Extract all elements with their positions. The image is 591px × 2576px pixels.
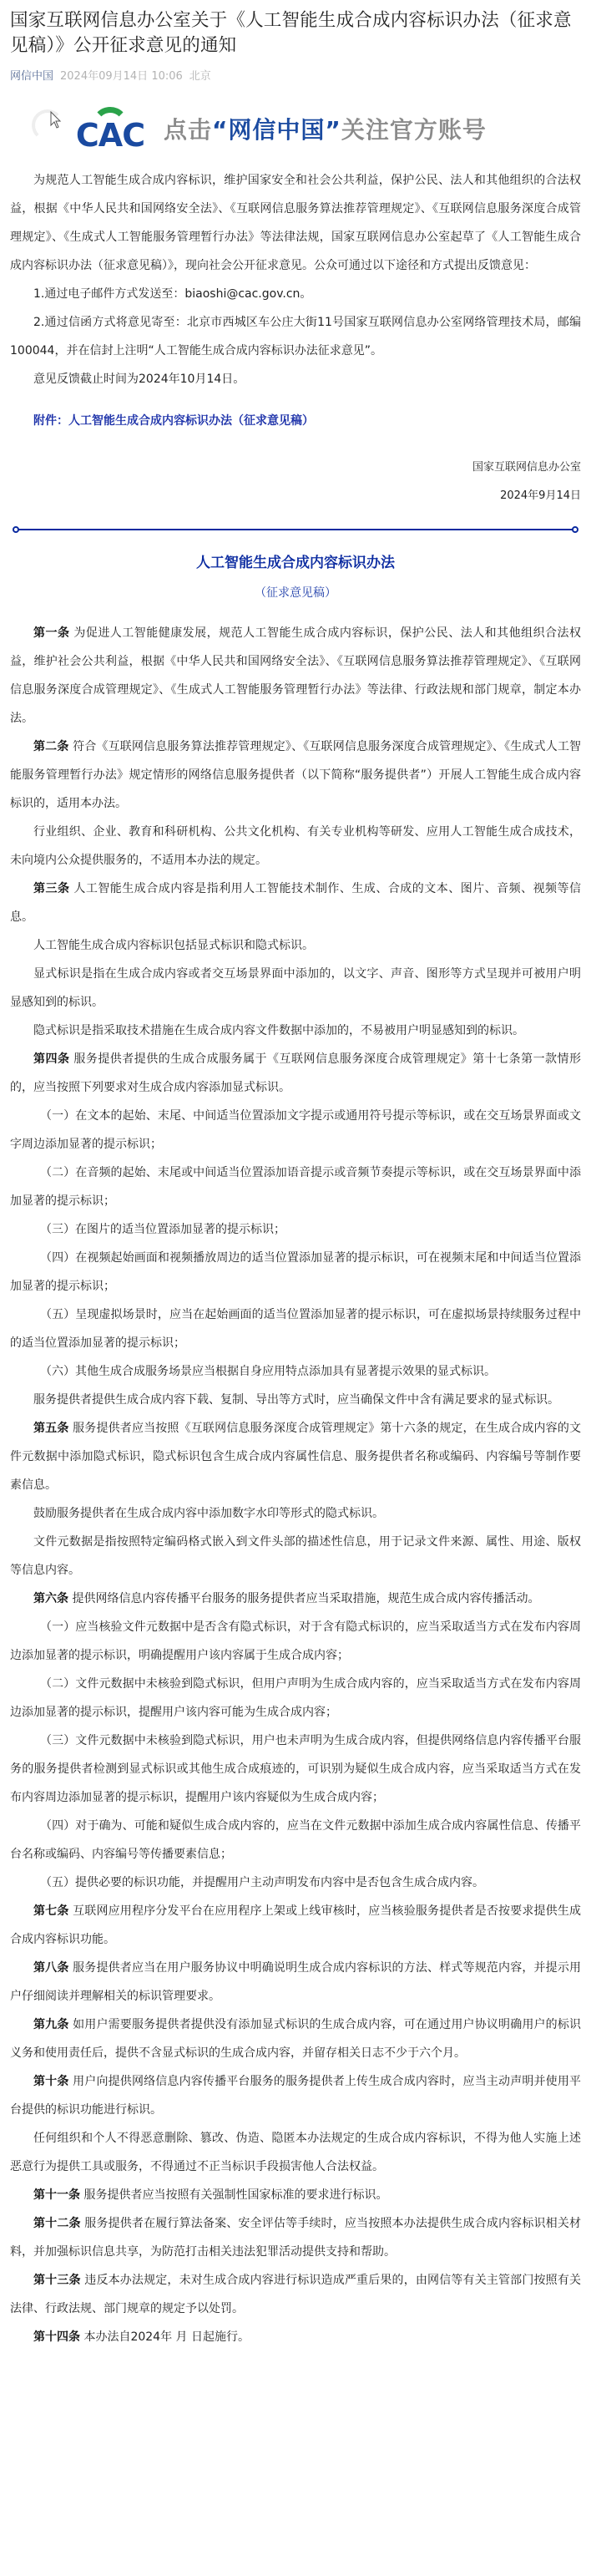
law-article-item: （二）文件元数据中未核验到隐式标识，但用户声明为生成合成内容的，应当采取适当方式… (10, 1670, 581, 1727)
law-article-item: （六）其他生成合成服务场景应当根据自身应用特点添加具有显著提示效果的显式标识。 (10, 1357, 581, 1386)
law-article-paragraph: 隐式标识是指采取技术措施在生成合成内容文件数据中添加的，不易被用户明显感知到的标… (10, 1017, 581, 1045)
mouse-cursor-icon (50, 111, 62, 129)
article-number: 第十三条 (33, 2274, 81, 2287)
article-text: （四）在视频起始画面和视频播放周边的适当位置添加显著的提示标识，可在视频末尾和中… (10, 1251, 581, 1293)
article-number: 第十一条 (33, 2188, 80, 2202)
law-article: 第三条 人工智能生成合成内容是指利用人工智能技术制作、生成、合成的文本、图片、音… (10, 875, 581, 931)
article-title: 国家互联网信息办公室关于《人工智能生成合成内容标识办法（征求意见稿）》公开征求意… (10, 8, 581, 58)
article-number: 第九条 (33, 2018, 69, 2031)
law-article-item: （二）在音频的起始、末尾或中间适当位置添加语音提示或音频节奏提示等标识，或在交互… (10, 1159, 581, 1215)
law-article-paragraph: 文件元数据是指按照特定编码格式嵌入到文件头部的描述性信息，用于记录文件来源、属性… (10, 1528, 581, 1585)
article-text: （二）在音频的起始、末尾或中间适当位置添加语音提示或音频节奏提示等标识，或在交互… (10, 1166, 581, 1208)
follow-account-name: “网信中国” (212, 116, 341, 144)
account-name-link[interactable]: 网信中国 (10, 69, 53, 84)
article-number: 第六条 (33, 1592, 68, 1605)
article-number: 第一条 (33, 626, 69, 640)
article-text: 服务提供者应当按照《互联网信息服务深度合成管理规定》第十六条的规定，在生成合成内… (10, 1422, 581, 1492)
article-text: 人工智能生成合成内容标识包括显式标识和隐式标识。 (33, 939, 314, 952)
article-text: （三）在图片的适当位置添加显著的提示标识； (40, 1223, 285, 1236)
law-article-item: （四）对于确为、可能和疑似生成合成内容的，应当在文件元数据中添加生成合成内容属性… (10, 1812, 581, 1869)
law-article-item: （五）呈现虚拟场景时，应当在起始画面的适当位置添加显著的提示标识，可在虚拟场景持… (10, 1301, 581, 1357)
article-text: 提供网络信息内容传播平台服务的服务提供者应当采取措施，规范生成合成内容传播活动。 (72, 1592, 539, 1605)
article-text: 显式标识是指在生成合成内容或者交互场景界面中添加的，以文字、声音、图形等方式呈现… (10, 967, 581, 1009)
divider-dot-icon (13, 526, 19, 533)
article-text: 隐式标识是指采取技术措施在生成合成内容文件数据中添加的，不易被用户明显感知到的标… (33, 1024, 524, 1037)
law-article-paragraph: 人工智能生成合成内容标识包括显式标识和隐式标识。 (10, 931, 581, 960)
article-number: 第五条 (33, 1422, 69, 1435)
article-text: 为促进人工智能健康发展，规范人工智能生成合成内容标识，保护公民、法人和其他组织合… (10, 626, 581, 725)
article-text: 符合《互联网信息服务算法推荐管理规定》、《互联网信息服务深度合成管理规定》、《生… (10, 740, 581, 810)
section-divider (13, 525, 578, 534)
law-article: 第二条 符合《互联网信息服务算法推荐管理规定》、《互联网信息服务深度合成管理规定… (10, 733, 581, 818)
publish-datetime: 2024年09月14日 10:06 (60, 69, 183, 84)
law-article-item: （三）文件元数据中未核验到隐式标识，用户也未声明为生成合成内容，但提供网络信息内… (10, 1727, 581, 1812)
follow-suffix: 关注官方账号 (341, 116, 487, 144)
article-text: （一）在文本的起始、末尾、中间适当位置添加文字提示或通用符号提示等标识，或在交互… (10, 1109, 581, 1151)
article-number: 第七条 (33, 1904, 69, 1918)
signature: 国家互联网信息办公室 2024年9月14日 (10, 454, 581, 510)
publish-location: 北京 (189, 69, 211, 84)
law-article: 第十条 用户向提供网络信息内容传播平台服务的服务提供者上传生成合成内容时，应当主… (10, 2067, 581, 2124)
law-article: 第十三条 违反本办法规定，未对生成合成内容进行标识造成严重后果的，由网信等有关主… (10, 2266, 581, 2323)
article-page: 国家互联网信息办公室关于《人工智能生成合成内容标识办法（征求意见稿）》公开征求意… (0, 8, 591, 2351)
law-body: 第一条 为促进人工智能健康发展，规范人工智能生成合成内容标识，保护公民、法人和其… (10, 619, 581, 2351)
cac-logo: CAC (68, 105, 152, 152)
article-text: （六）其他生成合成服务场景应当根据自身应用特点添加具有显著提示效果的显式标识。 (40, 1365, 496, 1378)
law-article: 第四条 服务提供者提供的生成合成服务属于《互联网信息服务深度合成管理规定》第十七… (10, 1045, 581, 1102)
article-text: 服务提供者应当按照有关强制性国家标准的要求进行标识。 (83, 2188, 387, 2202)
law-article: 第八条 服务提供者应当在用户服务协议中明确说明生成合成内容标识的方法、样式等规范… (10, 1954, 581, 2011)
article-text: 本办法自2024年 月 日起施行。 (83, 2330, 250, 2344)
law-article-paragraph: 鼓励服务提供者在生成合成内容中添加数字水印等形式的隐式标识。 (10, 1499, 581, 1528)
notice-paragraph: 意见反馈截止时间为2024年10月14日。 (10, 365, 581, 393)
law-article: 第六条 提供网络信息内容传播平台服务的服务提供者应当采取措施，规范生成合成内容传… (10, 1585, 581, 1613)
article-text: 互联网应用程序分发平台在应用程序上架或上线审核时，应当核验服务提供者是否按要求提… (10, 1904, 581, 1946)
law-article: 第五条 服务提供者应当按照《互联网信息服务深度合成管理规定》第十六条的规定，在生… (10, 1414, 581, 1499)
article-text: 行业组织、企业、教育和科研机构、公共文化机构、有关专业机构等研发、应用人工智能生… (10, 825, 581, 867)
article-text: 服务提供者提供生成合成内容下载、复制、导出等方式时，应当确保文件中含有满足要求的… (33, 1393, 559, 1407)
article-text: 任何组织和个人不得恶意删除、篡改、伪造、隐匿本办法规定的生成合成内容标识，不得为… (10, 2132, 581, 2173)
divider-dot-icon (572, 526, 578, 533)
law-article-item: （五）提供必要的标识功能，并提醒用户主动声明发布内容中是否包含生成合成内容。 (10, 1869, 581, 1897)
law-article-item: （一）应当核验文件元数据中是否含有隐式标识，对于含有隐式标识的，应当采取适当方式… (10, 1613, 581, 1670)
signature-org: 国家互联网信息办公室 (10, 454, 581, 482)
law-title: 人工智能生成合成内容标识办法 (10, 550, 581, 576)
article-text: （四）对于确为、可能和疑似生成合成内容的，应当在文件元数据中添加生成合成内容属性… (10, 1819, 581, 1861)
article-text: 用户向提供网络信息内容传播平台服务的服务提供者上传生成合成内容时，应当主动声明并… (10, 2075, 581, 2117)
law-article-paragraph: 服务提供者提供生成合成内容下载、复制、导出等方式时，应当确保文件中含有满足要求的… (10, 1386, 581, 1414)
follow-prefix: 点击 (164, 116, 212, 144)
article-text: 鼓励服务提供者在生成合成内容中添加数字水印等形式的隐式标识。 (33, 1507, 384, 1520)
law-article: 第十一条 服务提供者应当按照有关强制性国家标准的要求进行标识。 (10, 2181, 581, 2209)
law-article-paragraph: 行业组织、企业、教育和科研机构、公共文化机构、有关专业机构等研发、应用人工智能生… (10, 818, 581, 875)
article-text: （五）呈现虚拟场景时，应当在起始画面的适当位置添加显著的提示标识，可在虚拟场景持… (10, 1308, 581, 1350)
article-number: 第十条 (33, 2075, 69, 2088)
logo-text: CAC (68, 117, 152, 154)
article-number: 第三条 (33, 882, 69, 895)
law-article: 第七条 互联网应用程序分发平台在应用程序上架或上线审核时，应当核验服务提供者是否… (10, 1897, 581, 1954)
article-number: 第十四条 (33, 2330, 80, 2344)
attachment-link[interactable]: 附件：人工智能生成合成内容标识办法（征求意见稿） (10, 407, 581, 435)
article-number: 第八条 (33, 1961, 69, 1975)
law-article-item: （三）在图片的适当位置添加显著的提示标识； (10, 1215, 581, 1244)
law-article-item: （四）在视频起始画面和视频播放周边的适当位置添加显著的提示标识，可在视频末尾和中… (10, 1244, 581, 1301)
article-text: 服务提供者提供的生成合成服务属于《互联网信息服务深度合成管理规定》第十七条第一款… (10, 1052, 581, 1094)
law-article: 第一条 为促进人工智能健康发展，规范人工智能生成合成内容标识，保护公民、法人和其… (10, 619, 581, 733)
signature-date: 2024年9月14日 (10, 482, 581, 510)
article-text: （二）文件元数据中未核验到隐式标识，但用户声明为生成合成内容的，应当采取适当方式… (10, 1677, 581, 1719)
article-number: 第二条 (33, 740, 68, 753)
law-article-item: （一）在文本的起始、末尾、中间适当位置添加文字提示或通用符号提示等标识，或在交互… (10, 1102, 581, 1159)
law-article-paragraph: 任何组织和个人不得恶意删除、篡改、伪造、隐匿本办法规定的生成合成内容标识，不得为… (10, 2124, 581, 2181)
article-text: 违反本办法规定，未对生成合成内容进行标识造成严重后果的，由网信等有关主管部门按照… (10, 2274, 581, 2315)
follow-prompt: 点击“网信中国”关注官方账号 (164, 112, 487, 145)
article-text: 文件元数据是指按照特定编码格式嵌入到文件头部的描述性信息，用于记录文件来源、属性… (10, 1535, 581, 1577)
article-text: （三）文件元数据中未核验到隐式标识，用户也未声明为生成合成内容，但提供网络信息内… (10, 1734, 581, 1804)
notice-paragraph: 1.通过电子邮件方式发送至：biaoshi@cac.gov.cn。 (10, 280, 581, 308)
article-number: 第四条 (33, 1052, 69, 1066)
article-text: 如用户需要服务提供者提供没有添加显式标识的生成合成内容，可在通过用户协议明确用户… (10, 2018, 581, 2060)
article-text: （一）应当核验文件元数据中是否含有隐式标识，对于含有隐式标识的，应当采取适当方式… (10, 1620, 581, 1662)
article-text: 人工智能生成合成内容是指利用人工智能技术制作、生成、合成的文本、图片、音频、视频… (10, 882, 581, 924)
law-subtitle: （征求意见稿） (10, 581, 581, 606)
article-number: 第十二条 (33, 2217, 81, 2230)
notice-paragraph: 2.通过信函方式将意见寄至：北京市西城区车公庄大街11号国家互联网信息办公室网络… (10, 308, 581, 365)
article-text: （五）提供必要的标识功能，并提醒用户主动声明发布内容中是否包含生成合成内容。 (40, 1876, 484, 1889)
law-article: 第十二条 服务提供者在履行算法备案、安全评估等手续时，应当按照本办法提供生成合成… (10, 2209, 581, 2266)
article-meta: 网信中国 2024年09月14日 10:06 北京 (10, 69, 581, 84)
article-text: 服务提供者在履行算法备案、安全评估等手续时，应当按照本办法提供生成合成内容标识相… (10, 2217, 581, 2259)
notice-body: 为规范人工智能生成合成内容标识，维护国家安全和社会公共利益，保护公民、法人和其他… (10, 166, 581, 393)
notice-paragraph: 为规范人工智能生成合成内容标识，维护国家安全和社会公共利益，保护公民、法人和其他… (10, 166, 581, 280)
law-article: 第十四条 本办法自2024年 月 日起施行。 (10, 2323, 581, 2351)
article-text: 服务提供者应当在用户服务协议中明确说明生成合成内容标识的方法、样式等规范内容，并… (10, 1961, 581, 2003)
law-article-paragraph: 显式标识是指在生成合成内容或者交互场景界面中添加的，以文字、声音、图形等方式呈现… (10, 960, 581, 1017)
follow-banner[interactable]: CAC 点击“网信中国”关注官方账号 (10, 99, 581, 158)
law-article: 第九条 如用户需要服务提供者提供没有添加显式标识的生成合成内容，可在通过用户协议… (10, 2011, 581, 2067)
